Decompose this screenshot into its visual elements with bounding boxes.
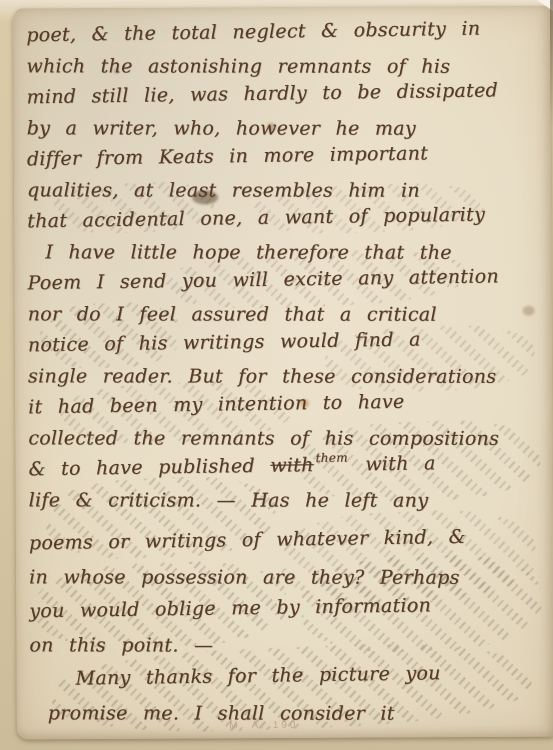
handwriting-line: it had been my intention to have bbox=[28, 385, 547, 424]
handwriting-line: Many thanks for the picture you bbox=[29, 655, 548, 697]
handwriting-line: life & criticism. — Has he left any bbox=[29, 485, 548, 516]
handwriting-line: poems or writings of whatever kind, & bbox=[29, 519, 548, 561]
handwriting-line: Poem I send you will excite any attentio… bbox=[27, 261, 546, 300]
catalog-number: M. A. 190 bbox=[229, 720, 298, 731]
handwriting-text: poet, & the total neglect & obscurity in… bbox=[26, 18, 549, 731]
handwriting-line-with-insertion: & to have published withthem with a bbox=[28, 447, 547, 486]
line-segment: & to have published bbox=[28, 455, 270, 481]
handwriting-line: notice of his writings would find a bbox=[28, 323, 547, 362]
manuscript-page: poet, & the total neglect & obscurity in… bbox=[13, 6, 553, 740]
letter-scan: poet, & the total neglect & obscurity in… bbox=[0, 0, 553, 750]
handwriting-line: mind still lie, was hardly to be dissipa… bbox=[26, 75, 545, 114]
handwriting-line: you would oblige me by information bbox=[29, 587, 548, 629]
handwriting-line: differ from Keats in more important bbox=[27, 137, 546, 176]
inserted-word: them bbox=[315, 443, 348, 474]
handwriting-line: that accidental one, a want of popularit… bbox=[27, 199, 546, 238]
handwriting-line: poet, & the total neglect & obscurity in bbox=[26, 13, 545, 52]
line-segment: with a bbox=[350, 452, 436, 475]
struck-word: with bbox=[270, 454, 314, 477]
